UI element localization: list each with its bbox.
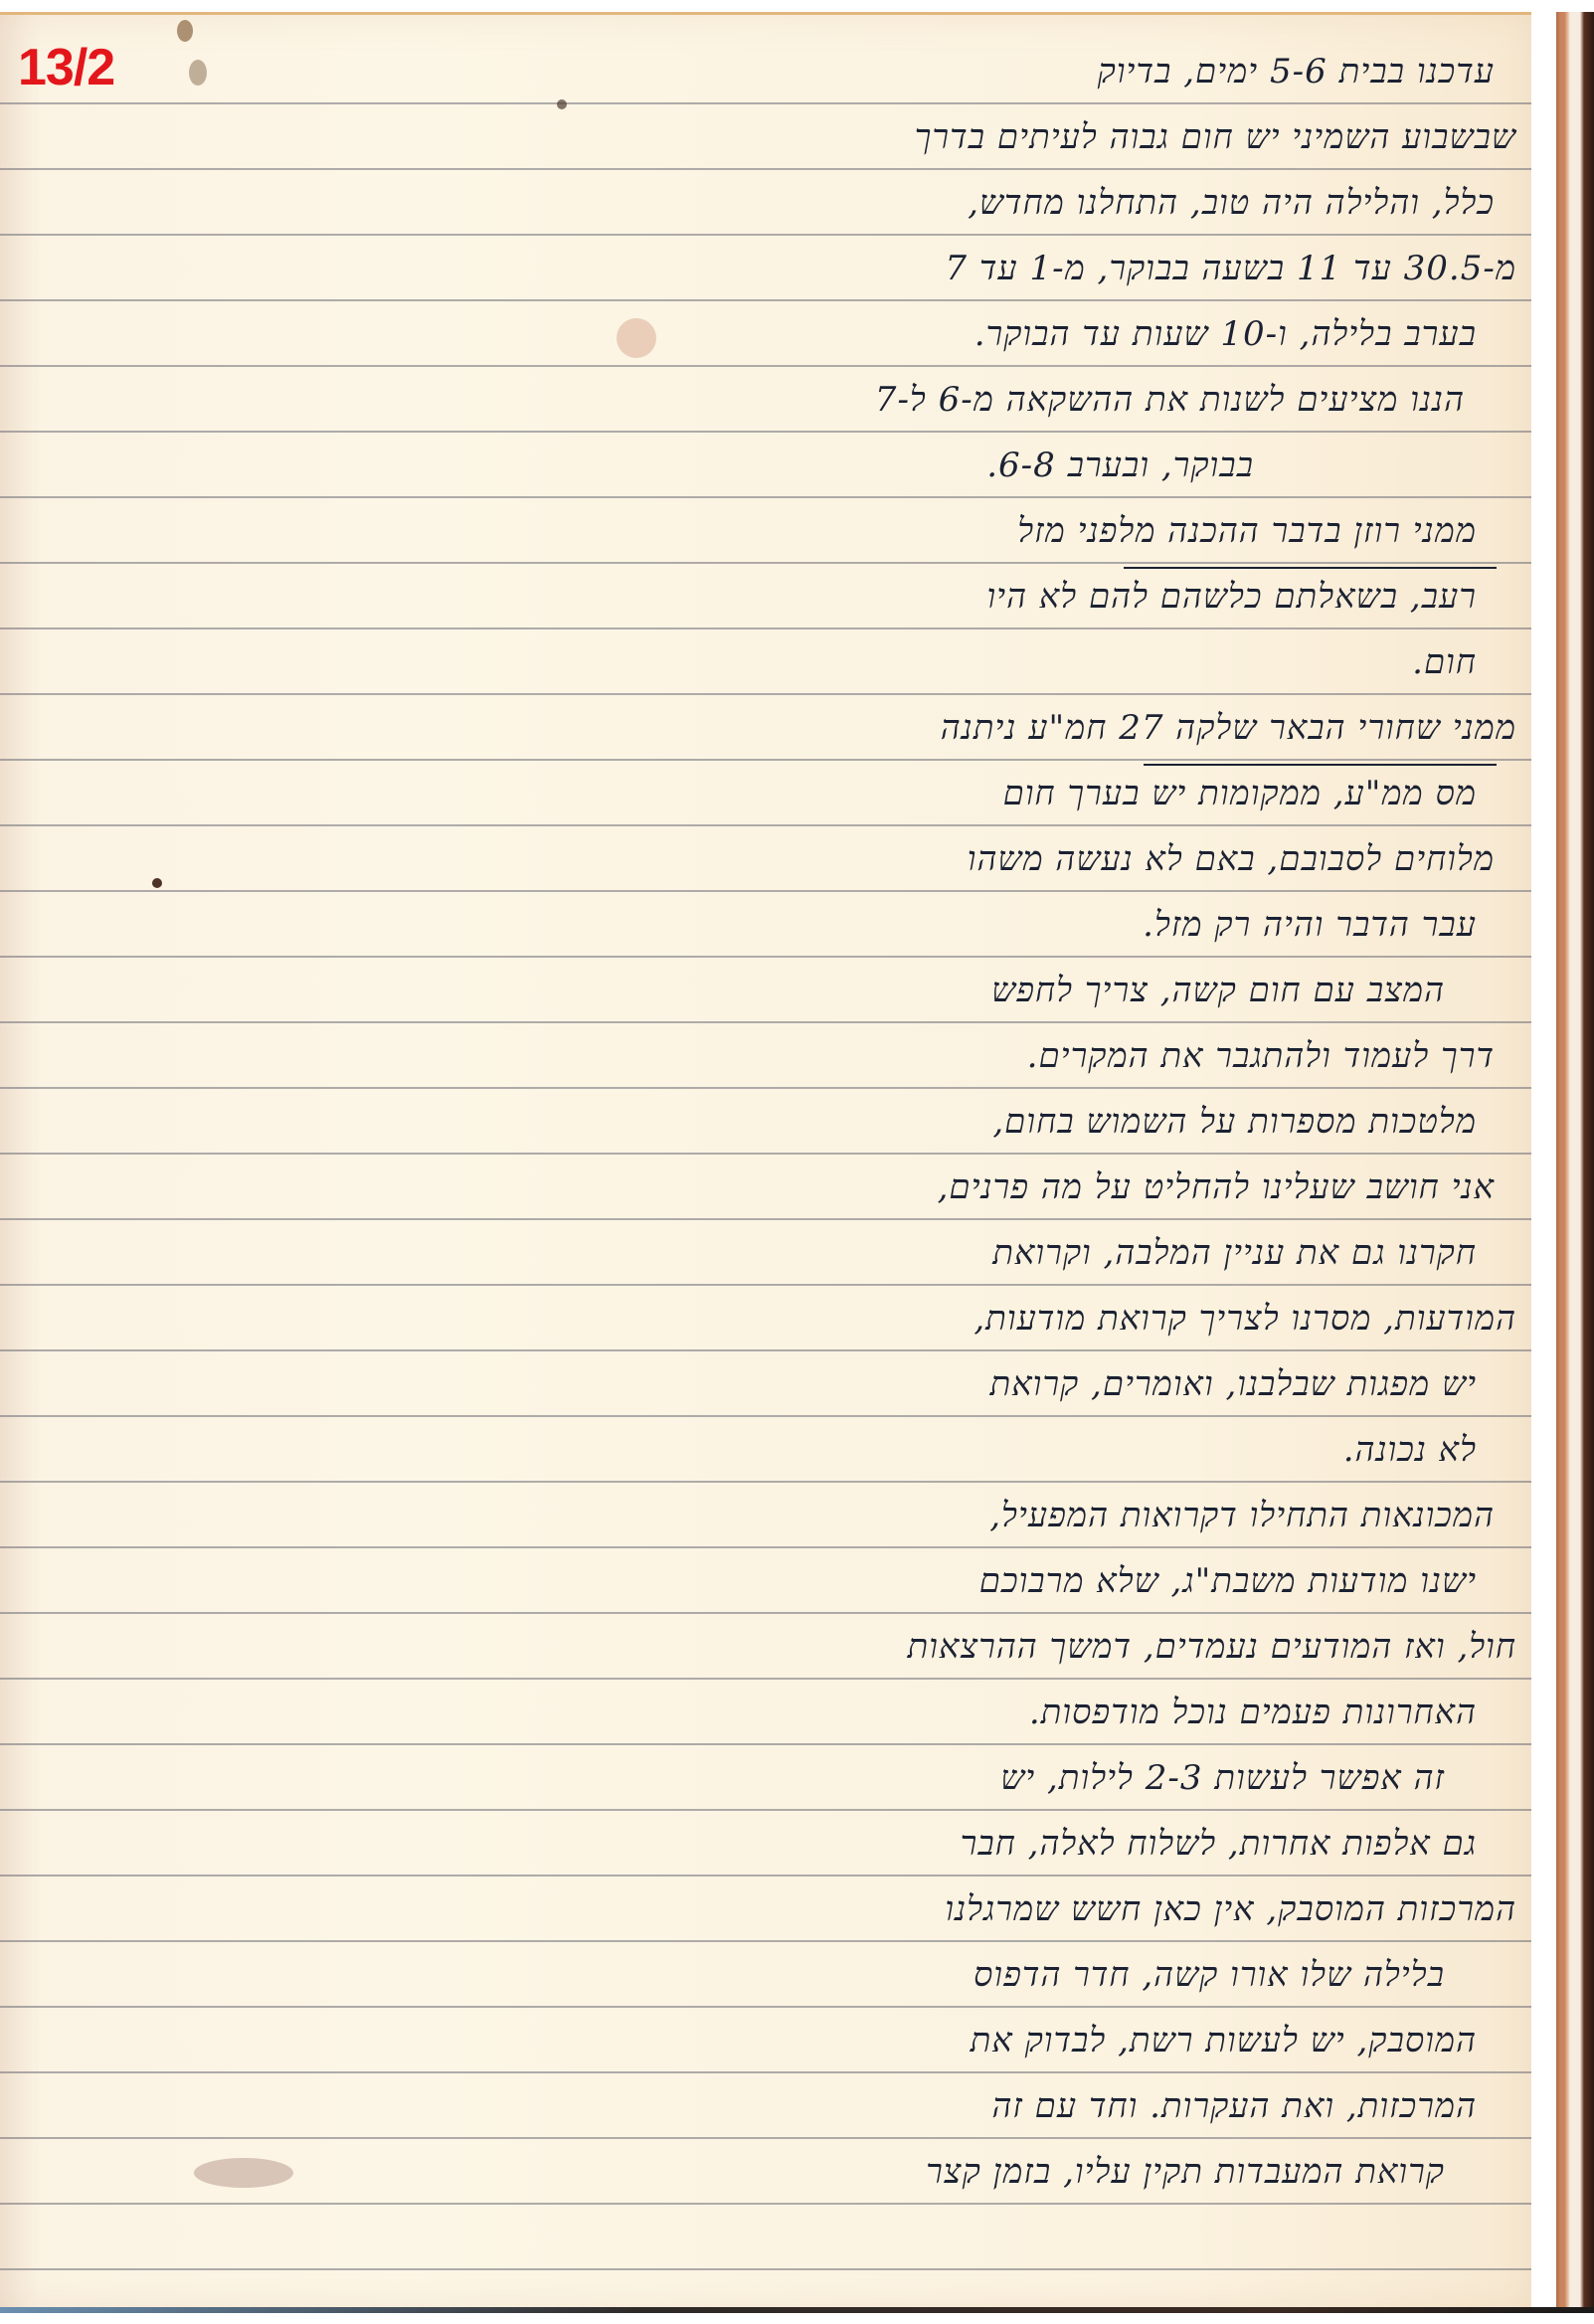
handwritten-line: כלל, והלילה היה טוב, התחלנו מחדש, bbox=[968, 183, 1495, 223]
ruled-line bbox=[0, 1284, 1531, 1286]
stain-mark bbox=[189, 60, 207, 86]
ruled-line bbox=[0, 2137, 1531, 2139]
ruled-line bbox=[0, 1809, 1531, 1811]
ruled-line bbox=[0, 365, 1531, 367]
ruled-line bbox=[0, 2006, 1531, 2008]
ruled-line bbox=[0, 1087, 1531, 1089]
ruled-line bbox=[0, 2071, 1531, 2073]
ruled-line bbox=[0, 1940, 1531, 1942]
stain-mark bbox=[557, 99, 567, 109]
handwritten-line: ממני שחורי הבאר שלקה 27 חמ"ע ניתנה bbox=[941, 708, 1516, 748]
page-bottom-edge bbox=[0, 2307, 1594, 2313]
ruled-line bbox=[0, 2203, 1531, 2205]
handwritten-line: האחרונות פעמים נוכל מודפסות. bbox=[1029, 1693, 1477, 1732]
ruled-line bbox=[0, 1875, 1531, 1877]
ruled-line bbox=[0, 496, 1531, 498]
handwritten-line: מלוחים לסבובם, באם לא נעשה משהו bbox=[968, 839, 1495, 879]
stain-mark bbox=[152, 878, 162, 888]
handwritten-line: המרכזות המוסבק, אין כאן חשש שמרגלנו bbox=[945, 1889, 1516, 1929]
ruled-line bbox=[0, 299, 1531, 301]
handwritten-line: המודעות, מסרנו לצריך קרואת מודעות, bbox=[974, 1299, 1516, 1339]
handwritten-line: רעב, בשאלתם כלשהם להם לא היו bbox=[986, 577, 1477, 617]
ruled-line bbox=[0, 1021, 1531, 1023]
handwritten-line: דרך לעמוד ולהתגבר את המקרים. bbox=[1027, 1036, 1495, 1076]
handwritten-line: זה אפשר לעשות 2-3 לילות, יש bbox=[1000, 1758, 1445, 1798]
handwritten-line: עדכנו בבית 5-6 ימים, בדיוק bbox=[1098, 52, 1495, 91]
handwritten-line: הננו מציעים לשנות את ההשקאה מ-6 ל-7 bbox=[875, 380, 1465, 420]
ruled-line bbox=[0, 1612, 1531, 1614]
ruled-line bbox=[0, 1415, 1531, 1417]
handwritten-line: המרכזות, ואת העקרות. וחד עם זה bbox=[991, 2086, 1477, 2126]
ruled-line bbox=[0, 1481, 1531, 1483]
handwritten-line: יש מפגות שבלבנו, ואומרים, קרואת bbox=[990, 1364, 1478, 1404]
ruled-line bbox=[0, 890, 1531, 892]
handwritten-line: ישנו מודעות משבת"ג, שלא מרבוכם bbox=[979, 1561, 1477, 1601]
ruled-line bbox=[0, 1153, 1531, 1155]
stain-mark bbox=[177, 20, 193, 42]
handwritten-line: גם אלפות אחרות, לשלוח לאלה, חבר bbox=[961, 1824, 1477, 1864]
handwritten-line: המכונאות התחילו דקרואות המפעיל, bbox=[989, 1496, 1495, 1535]
handwritten-line: חום. bbox=[1412, 642, 1477, 682]
handwritten-line: ממני רוזן בדבר ההכנה מלפני מזל bbox=[1017, 511, 1477, 551]
ruled-line bbox=[0, 1743, 1531, 1745]
ruled-line bbox=[0, 431, 1531, 433]
ruled-line bbox=[0, 2268, 1531, 2270]
ruled-line bbox=[0, 693, 1531, 695]
page-top-edge bbox=[0, 12, 1531, 15]
handwritten-line: בלילה שלו אורו קשה, חדר הדפוס bbox=[974, 1955, 1445, 1995]
ruled-line bbox=[0, 956, 1531, 958]
stain-mark bbox=[617, 318, 656, 358]
handwritten-line: מ-30.5 עד 11 בשעה בבוקר, מ-1 עד 7 bbox=[945, 249, 1516, 288]
margin-rule bbox=[1559, 12, 1565, 2309]
stain-mark bbox=[194, 2158, 293, 2188]
ruled-line bbox=[0, 759, 1531, 761]
handwritten-line: מס ממ"ע, ממקומות יש בערך חום bbox=[1003, 774, 1477, 813]
handwritten-line: מלטכות מספרות על השמוש בחום, bbox=[992, 1102, 1477, 1142]
handwritten-line: חול, ואז המודעים נעמדים, דמשך ההרצאות bbox=[908, 1627, 1516, 1667]
handwritten-line: בערב בלילה, ו-10 שעות עד הבוקר. bbox=[974, 314, 1477, 354]
ruled-line bbox=[0, 102, 1531, 104]
ruled-line bbox=[0, 168, 1531, 170]
handwritten-line: שבשבוע השמיני יש חום גבוה לעיתים בדרך bbox=[915, 117, 1516, 157]
ruled-line bbox=[0, 1218, 1531, 1220]
handwritten-line: לא נכונה. bbox=[1343, 1430, 1477, 1470]
ruled-line bbox=[0, 562, 1531, 564]
ruled-line bbox=[0, 1546, 1531, 1548]
handwritten-line: חקרנו גם את עניין המלבה, וקרואת bbox=[992, 1233, 1477, 1273]
ruled-line bbox=[0, 1349, 1531, 1351]
page-number-label: 13/2 bbox=[18, 38, 114, 97]
handwritten-line: בבוקר, ובערב 6-8. bbox=[986, 446, 1254, 485]
ruled-line bbox=[0, 627, 1531, 629]
handwritten-line: קרואת המעבדות תקין עליו, בזמן קצר bbox=[926, 2152, 1445, 2192]
ruled-line bbox=[0, 824, 1531, 826]
handwritten-line: המוסבק, יש לעשות רשת, לבדוק את bbox=[971, 2021, 1477, 2060]
handwritten-line: עבר הדבר והיה רק מזל. bbox=[1143, 905, 1477, 945]
underline-mark bbox=[1124, 567, 1497, 569]
ruled-line bbox=[0, 1678, 1531, 1680]
handwritten-line: אני חושב שעלינו להחליט על מה פרנים, bbox=[938, 1167, 1495, 1207]
ruled-line bbox=[0, 234, 1531, 236]
underline-mark bbox=[1144, 764, 1497, 766]
handwritten-line: המצב עם חום קשה, צריך לחפש bbox=[991, 971, 1445, 1010]
